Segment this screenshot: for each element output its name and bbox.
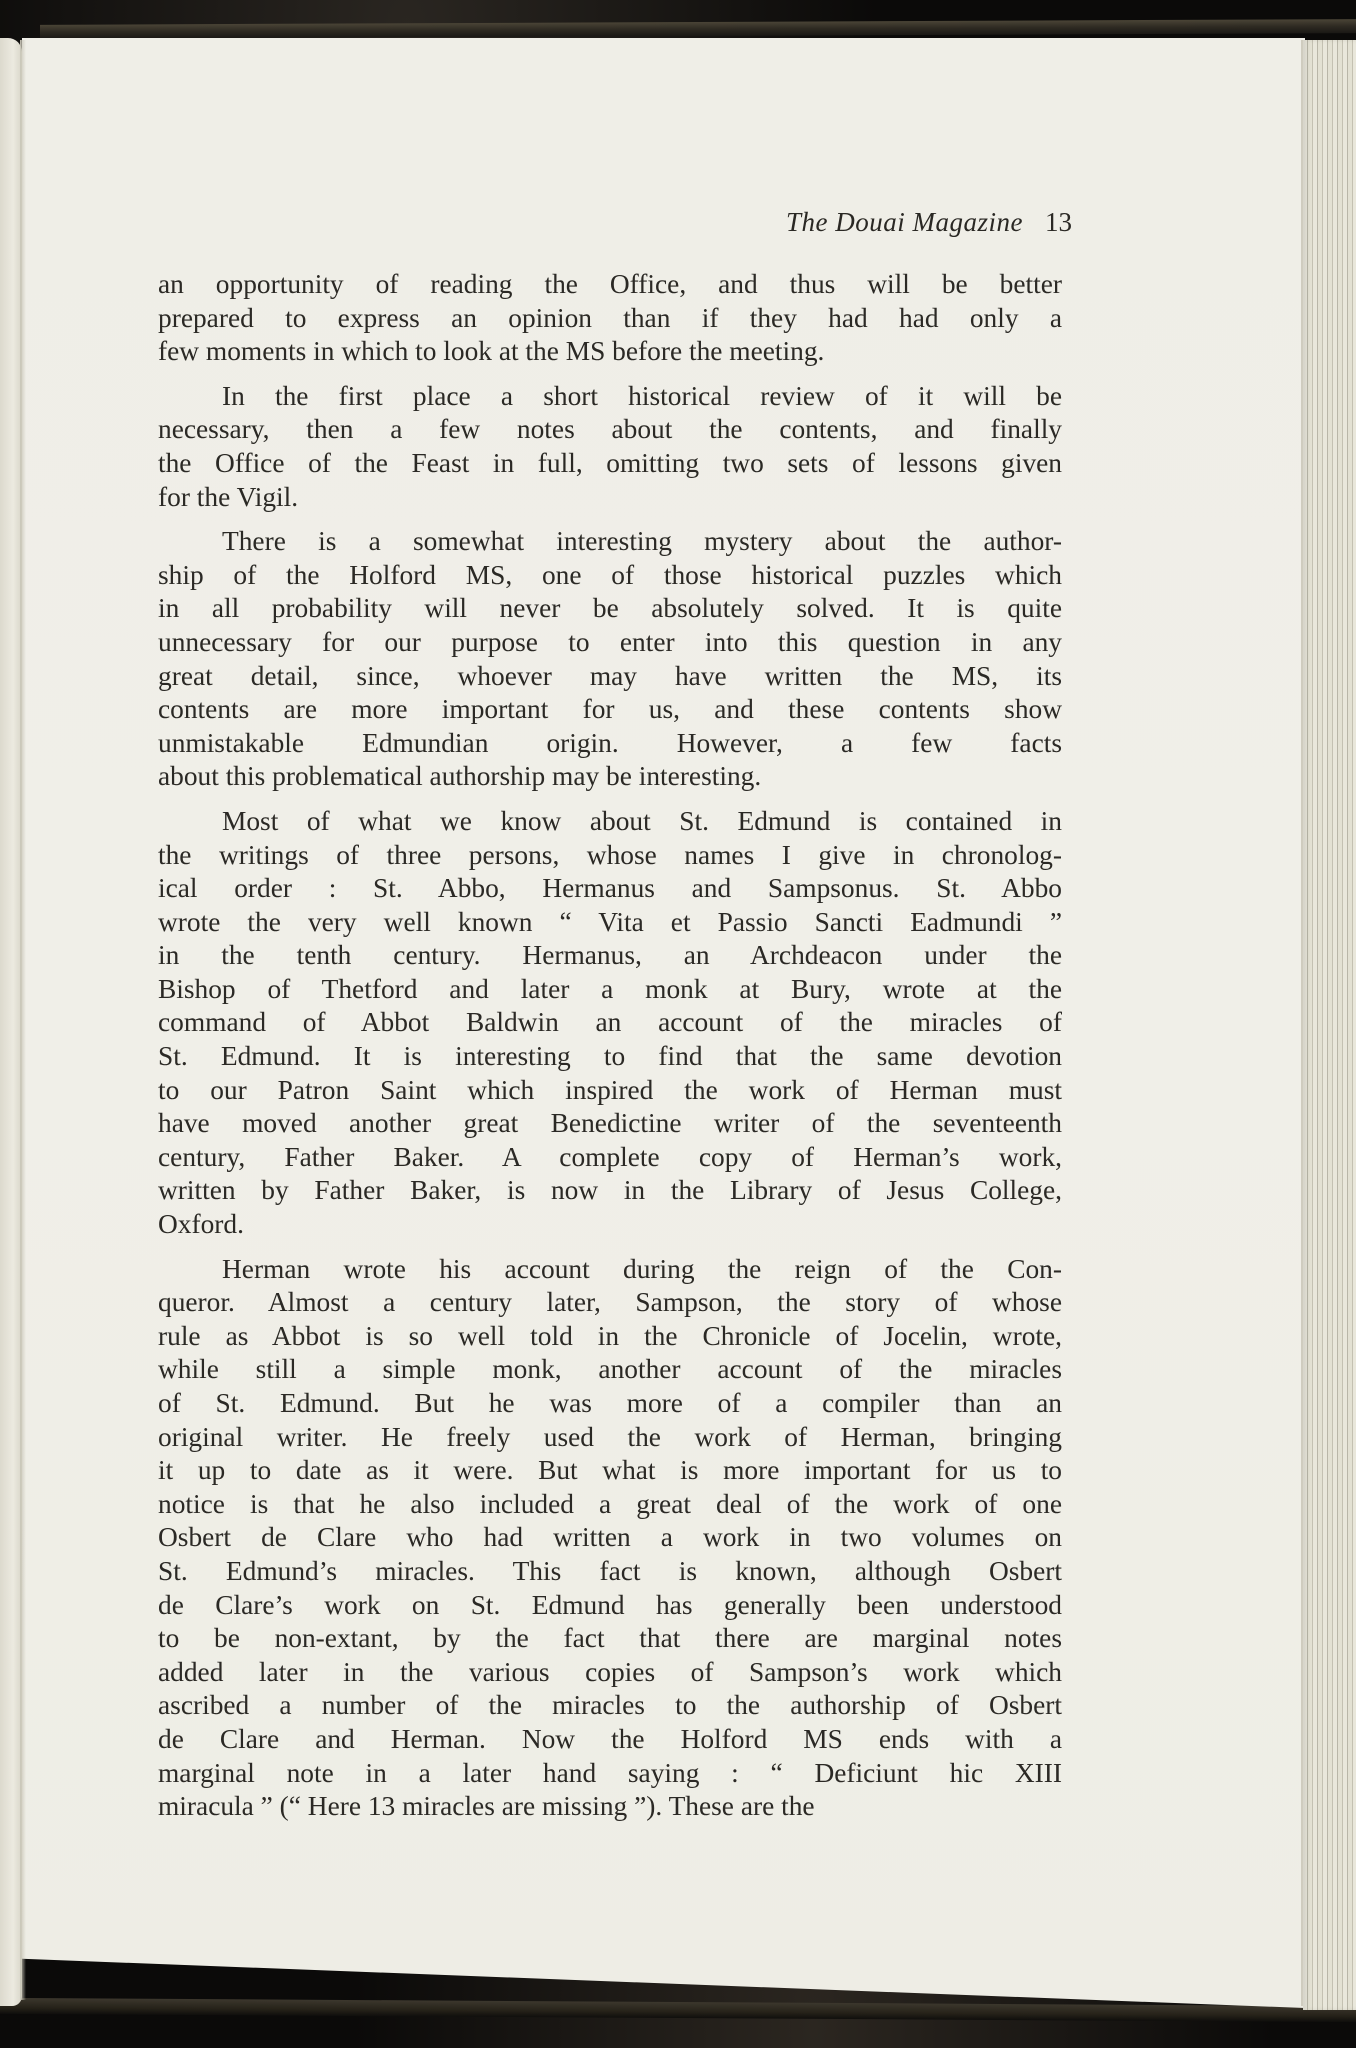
text-line: marginal note in a later hand saying : “…	[158, 1757, 1062, 1791]
text-line: unnecessary for our purpose to enter int…	[158, 626, 1062, 660]
text-line: rule as Abbot is so well told in the Chr…	[158, 1320, 1062, 1354]
verso-page-edge	[0, 38, 22, 2006]
text-line: of St. Edmund. But he was more of a comp…	[158, 1387, 1062, 1421]
text-line: Oxford.	[158, 1208, 1062, 1242]
text-line: St. Edmund. It is interesting to find th…	[158, 1040, 1062, 1074]
text-line: it up to date as it were. But what is mo…	[158, 1454, 1062, 1488]
text-line: prepared to express an opinion than if t…	[158, 302, 1062, 336]
text-line: unmistakable Edmundian origin. However, …	[158, 727, 1062, 761]
text-line: written by Father Baker, is now in the L…	[158, 1174, 1062, 1208]
text-line: to our Patron Saint which inspired the w…	[158, 1074, 1062, 1108]
page-number: 13	[1045, 207, 1072, 238]
text-line: contents are more important for us, and …	[158, 693, 1062, 727]
text-line: about this problematical authorship may …	[158, 760, 1062, 794]
text-line: de Clare and Herman. Now the Holford MS …	[158, 1723, 1062, 1757]
gutter-shadow	[20, 40, 26, 2000]
text-line: original writer. He freely used the work…	[158, 1421, 1062, 1455]
page-stack-edges	[1303, 40, 1356, 2010]
text-line: necessary, then a few notes about the co…	[158, 413, 1062, 447]
text-line: In the first place a short historical re…	[158, 380, 1062, 414]
text-line: Herman wrote his account during the reig…	[158, 1253, 1062, 1287]
text-line: in the tenth century. Hermanus, an Archd…	[158, 939, 1062, 973]
text-line: added later in the various copies of Sam…	[158, 1656, 1062, 1690]
text-line: St. Edmund’s miracles. This fact is know…	[158, 1555, 1062, 1589]
text-line: great detail, since, whoever may have wr…	[158, 660, 1062, 694]
text-line: queror. Almost a century later, Sampson,…	[158, 1286, 1062, 1320]
text-line: command of Abbot Baldwin an account of t…	[158, 1006, 1062, 1040]
text-line: century, Father Baker. A complete copy o…	[158, 1141, 1062, 1175]
text-line: to be non-extant, by the fact that there…	[158, 1622, 1062, 1656]
body-text: an opportunity of reading the Office, an…	[158, 268, 1062, 1835]
text-line: few moments in which to look at the MS b…	[158, 335, 1062, 369]
text-line: wrote the very well known “ Vita et Pass…	[158, 906, 1062, 940]
text-line: There is a somewhat interesting mystery …	[158, 525, 1062, 559]
paragraph-p3: There is a somewhat interesting mystery …	[158, 525, 1062, 794]
paragraph-p4: Most of what we know about St. Edmund is…	[158, 805, 1062, 1242]
paragraph-p5: Herman wrote his account during the reig…	[158, 1253, 1062, 1824]
text-line: for the Vigil.	[158, 481, 1062, 515]
text-line: Osbert de Clare who had written a work i…	[158, 1521, 1062, 1555]
journal-title: The Douai Magazine	[786, 207, 1023, 238]
text-line: the Office of the Feast in full, omittin…	[158, 447, 1062, 481]
paragraph-p2: In the first place a short historical re…	[158, 380, 1062, 514]
text-line: Bishop of Thetford and later a monk at B…	[158, 973, 1062, 1007]
text-line: ical order : St. Abbo, Hermanus and Samp…	[158, 872, 1062, 906]
text-line: notice is that he also included a great …	[158, 1488, 1062, 1522]
text-line: Most of what we know about St. Edmund is…	[158, 805, 1062, 839]
text-line: ascribed a number of the miracles to the…	[158, 1689, 1062, 1723]
text-line: in all probability will never be absolut…	[158, 592, 1062, 626]
text-line: the writings of three persons, whose nam…	[158, 839, 1062, 873]
text-line: an opportunity of reading the Office, an…	[158, 268, 1062, 302]
text-line: miracula ” (“ Here 13 miracles are missi…	[158, 1790, 1062, 1824]
paragraph-p1: an opportunity of reading the Office, an…	[158, 268, 1062, 369]
text-line: de Clare’s work on St. Edmund has genera…	[158, 1589, 1062, 1623]
running-header: The Douai Magazine 13	[600, 207, 1072, 243]
text-line: have moved another great Benedictine wri…	[158, 1107, 1062, 1141]
text-line: while still a simple monk, another accou…	[158, 1353, 1062, 1387]
text-line: ship of the Holford MS, one of those his…	[158, 559, 1062, 593]
